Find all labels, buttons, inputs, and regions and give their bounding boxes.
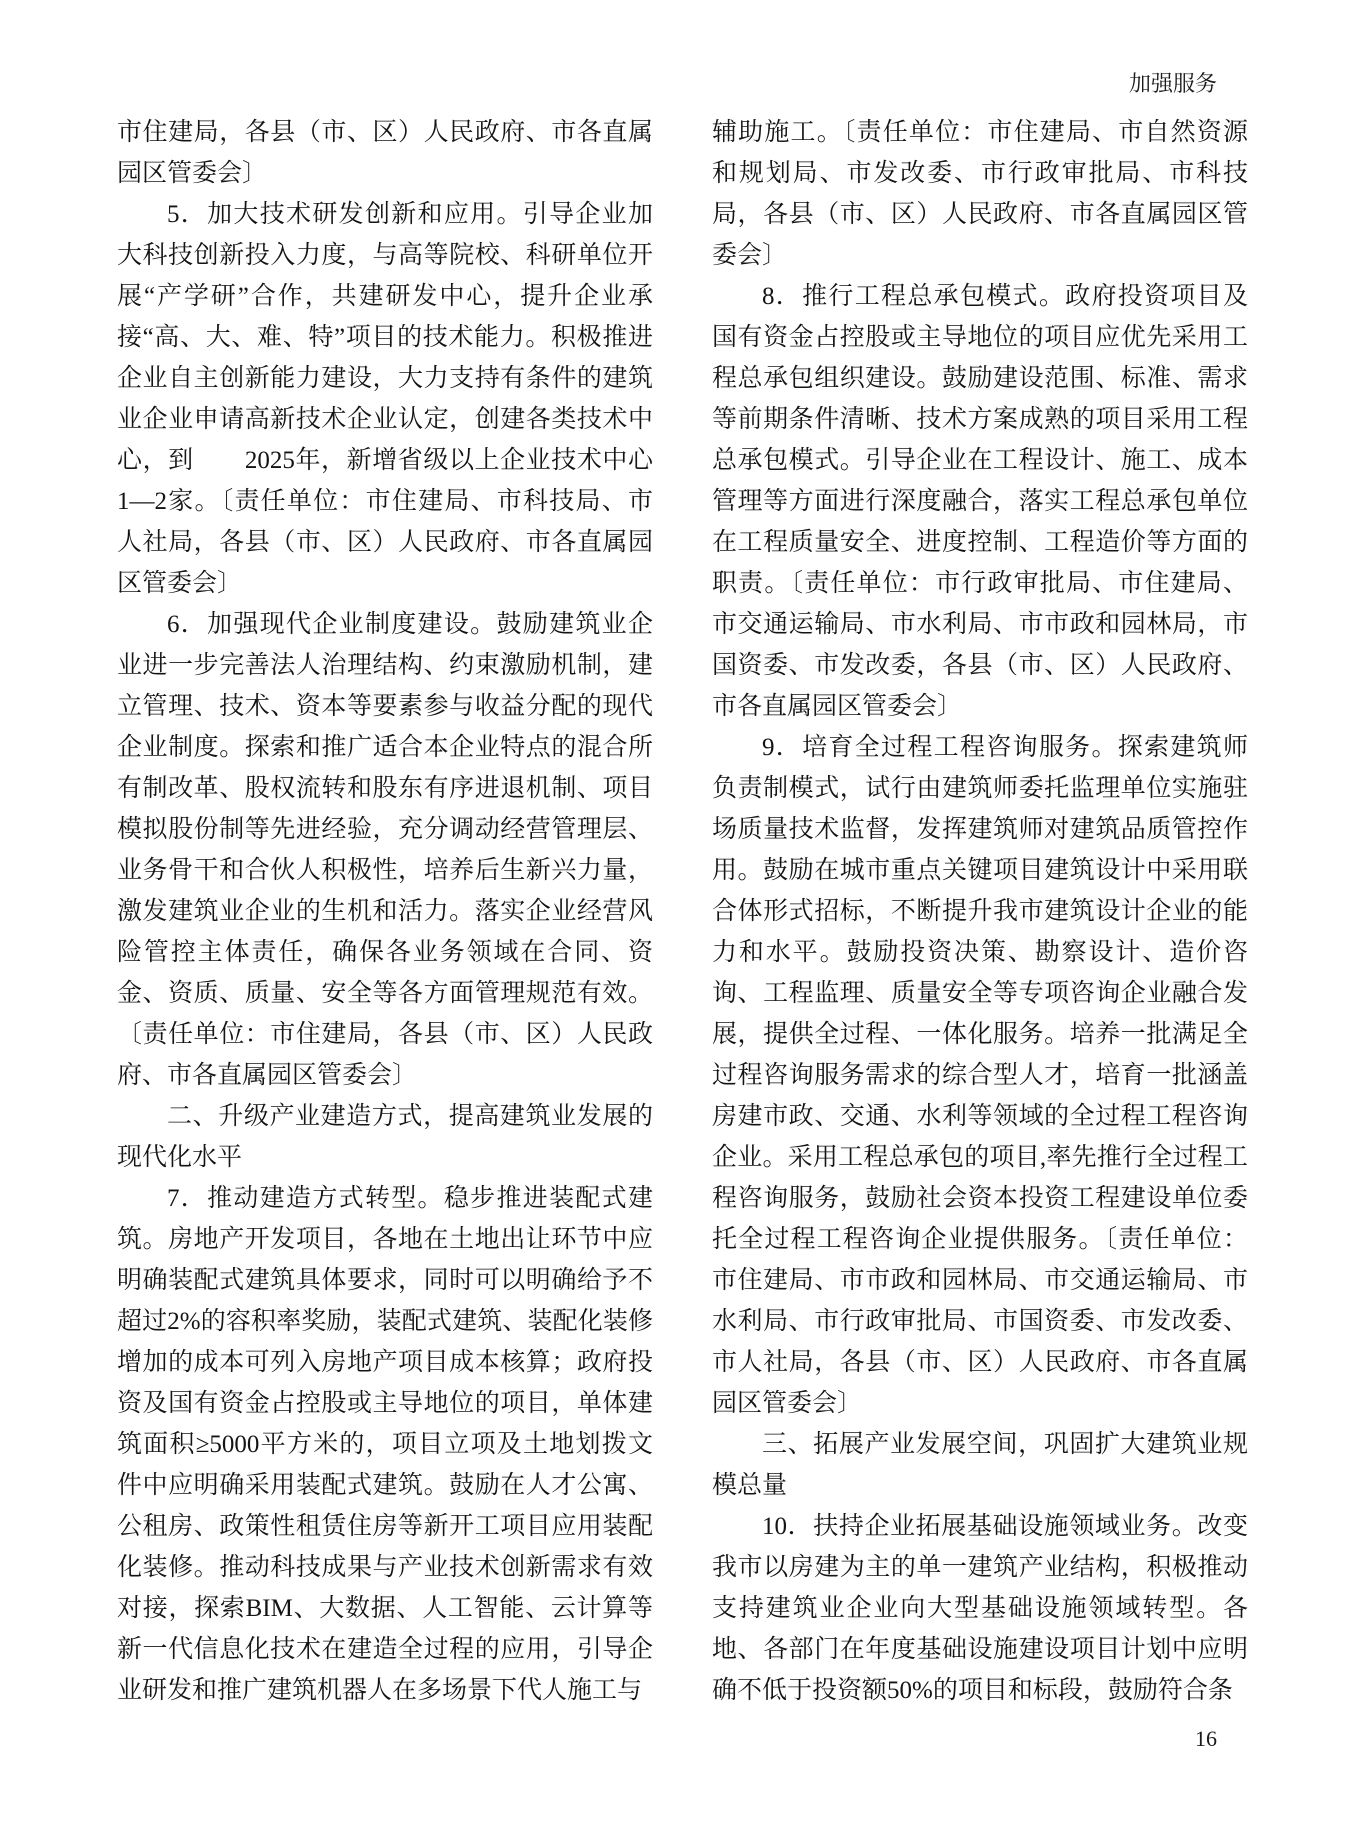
body-paragraph: 10．扶持企业拓展基础设施领域业务。改变我市以房建为主的单一建筑产业结构，积极推…	[712, 1506, 1248, 1711]
section-heading: 三、拓展产业发展空间，巩固扩大建筑业规模总量	[712, 1424, 1248, 1506]
running-header: 加强服务	[1129, 70, 1217, 98]
right-column: 辅助施工。〔责任单位：市住建局、市自然资源和规划局、市发改委、市行政审批局、市科…	[712, 112, 1248, 1711]
body-paragraph: 辅助施工。〔责任单位：市住建局、市自然资源和规划局、市发改委、市行政审批局、市科…	[712, 112, 1248, 276]
page-number: 16	[1195, 1726, 1217, 1752]
body-paragraph: 6．加强现代企业制度建设。鼓励建筑业企业进一步完善法人治理结构、约束激励机制，建…	[117, 604, 653, 1096]
body-paragraph: 7．推动建造方式转型。稳步推进装配式建筑。房地产开发项目，各地在土地出让环节中应…	[117, 1178, 653, 1711]
left-column: 市住建局，各县（市、区）人民政府、市各直属园区管委会〕5．加大技术研发创新和应用…	[117, 112, 653, 1711]
body-paragraph: 8．推行工程总承包模式。政府投资项目及国有资金占控股或主导地位的项目应优先采用工…	[712, 276, 1248, 727]
body-paragraph: 9．培育全过程工程咨询服务。探索建筑师负责制模式，试行由建筑师委托监理单位实施驻…	[712, 727, 1248, 1424]
document-page: 加强服务 市住建局，各县（市、区）人民政府、市各直属园区管委会〕5．加大技术研发…	[0, 0, 1361, 1833]
body-paragraph: 5．加大技术研发创新和应用。引导企业加大科技创新投入力度，与高等院校、科研单位开…	[117, 194, 653, 604]
body-paragraph: 市住建局，各县（市、区）人民政府、市各直属园区管委会〕	[117, 112, 653, 194]
section-heading: 二、升级产业建造方式，提高建筑业发展的现代化水平	[117, 1096, 653, 1178]
